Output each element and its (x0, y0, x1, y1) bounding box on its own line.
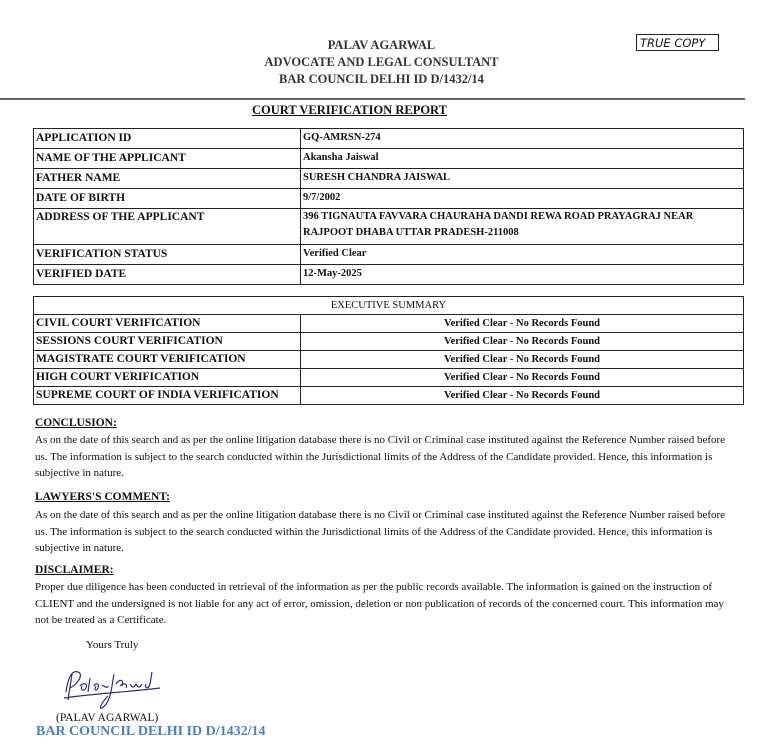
letterhead-designation: ADVOCATE AND LEGAL CONSULTANT (0, 55, 763, 70)
summary-label: SUPREME COURT OF INDIA VERIFICATION (34, 387, 301, 405)
table-row: NAME OF THE APPLICANTAkansha Jaiswal (34, 149, 744, 169)
detail-label: NAME OF THE APPLICANT (34, 149, 301, 169)
executive-summary-heading: EXECUTIVE SUMMARY (34, 297, 744, 315)
summary-value: Verified Clear - No Records Found (301, 387, 744, 405)
summary-value: Verified Clear - No Records Found (301, 315, 744, 333)
table-row: CIVIL COURT VERIFICATIONVerified Clear -… (34, 315, 744, 333)
table-row: APPLICATION IDGQ-AMRSN-274 (34, 129, 744, 149)
summary-value: Verified Clear - No Records Found (301, 369, 744, 387)
detail-label: VERIFICATION STATUS (34, 245, 301, 265)
true-copy-stamp: TRUE COPY (636, 34, 719, 51)
detail-value: 396 TIGNAUTA FAVVARA CHAURAHA DANDI REWA… (301, 209, 744, 245)
detail-value: 12-May-2025 (301, 265, 744, 285)
table-row: MAGISTRATE COURT VERIFICATIONVerified Cl… (34, 351, 744, 369)
table-row: FATHER NAMESURESH CHANDRA JAISWAL (34, 169, 744, 189)
closing-text: Yours Truly (86, 639, 138, 651)
signatory-council-id: BAR COUNCIL DELHI ID D/1432/14 (36, 724, 265, 740)
letterhead-council-id: BAR COUNCIL DELHI ID D/1432/14 (0, 72, 763, 87)
summary-value: Verified Clear - No Records Found (301, 333, 744, 351)
detail-label: APPLICATION ID (34, 129, 301, 149)
report-title: COURT VERIFICATION REPORT (252, 103, 447, 118)
summary-value: Verified Clear - No Records Found (301, 351, 744, 369)
disclaimer-heading: DISCLAIMER: (35, 564, 114, 576)
summary-label: MAGISTRATE COURT VERIFICATION (34, 351, 301, 369)
detail-value: GQ-AMRSN-274 (301, 129, 744, 149)
summary-label: CIVIL COURT VERIFICATION (34, 315, 301, 333)
lawyers-comment-heading: LAWYERS'S COMMENT: (35, 491, 170, 503)
table-row: ADDRESS OF THE APPLICANT396 TIGNAUTA FAV… (34, 209, 744, 245)
summary-label: HIGH COURT VERIFICATION (34, 369, 301, 387)
detail-value: Verified Clear (301, 245, 744, 265)
table-row: SESSIONS COURT VERIFICATIONVerified Clea… (34, 333, 744, 351)
conclusion-heading: CONCLUSION: (35, 417, 117, 429)
executive-summary-table: EXECUTIVE SUMMARY CIVIL COURT VERIFICATI… (33, 296, 744, 405)
detail-value: 9/7/2002 (301, 189, 744, 209)
detail-value: Akansha Jaiswal (301, 149, 744, 169)
detail-label: VERIFIED DATE (34, 265, 301, 285)
table-header-row: EXECUTIVE SUMMARY (34, 297, 744, 315)
table-row: DATE OF BIRTH9/7/2002 (34, 189, 744, 209)
signatory-name: (PALAV AGARWAL) (56, 712, 158, 724)
table-row: HIGH COURT VERIFICATIONVerified Clear - … (34, 369, 744, 387)
applicant-details-table: APPLICATION IDGQ-AMRSN-274 NAME OF THE A… (33, 128, 744, 285)
detail-value: SURESH CHANDRA JAISWAL (301, 169, 744, 189)
conclusion-text: As on the date of this search and as per… (35, 432, 735, 482)
signature-image (58, 662, 168, 717)
disclaimer-text: Proper due diligence has been conducted … (35, 579, 735, 629)
detail-label: ADDRESS OF THE APPLICANT (34, 209, 301, 245)
detail-label: FATHER NAME (34, 169, 301, 189)
table-row: VERIFIED DATE12-May-2025 (34, 265, 744, 285)
table-row: SUPREME COURT OF INDIA VERIFICATIONVerif… (34, 387, 744, 405)
table-row: VERIFICATION STATUSVerified Clear (34, 245, 744, 265)
summary-label: SESSIONS COURT VERIFICATION (34, 333, 301, 351)
lawyers-comment-text: As on the date of this search and as per… (35, 507, 735, 557)
header-divider (0, 98, 745, 100)
detail-label: DATE OF BIRTH (34, 189, 301, 209)
